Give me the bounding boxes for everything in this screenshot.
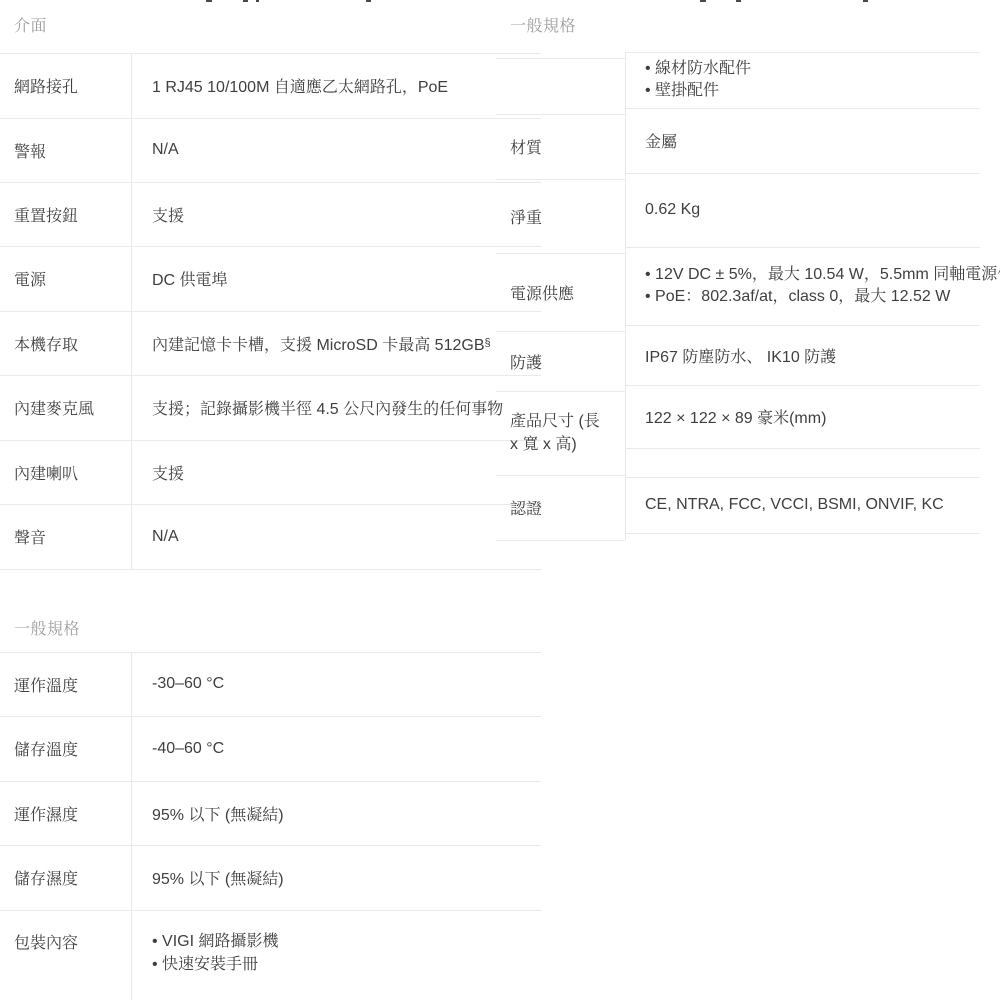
- spec-label: 產品尺寸 (長 x 寬 x 高): [496, 391, 606, 475]
- clipped-text-fragment: [700, 0, 706, 2]
- spec-label: 運作溫度: [0, 652, 131, 716]
- spec-value: 0.62 Kg: [625, 173, 1000, 247]
- spec-label: 電源: [0, 246, 131, 311]
- spec-label: 本機存取: [0, 311, 131, 375]
- spec-label: 淨重: [496, 179, 625, 253]
- spec-value: CE, NTRA, FCC, VCCI, BSMI, ONVIF, KC: [625, 477, 1000, 533]
- section-header-general-right: 一般規格: [510, 14, 576, 40]
- clipped-text-fragment: [366, 0, 371, 2]
- row-divider: [625, 448, 980, 449]
- spec-label: 認證: [496, 475, 625, 540]
- spec-value: N/A: [131, 504, 541, 569]
- footnote-marker: §: [485, 337, 491, 349]
- spec-value: 95% 以下 (無凝結): [131, 781, 541, 845]
- clipped-text-fragment: [206, 0, 212, 2]
- spec-value: 金屬: [625, 108, 1000, 173]
- bullet-list: • 12V DC ± 5%，最大 10.54 W，5.5mm 同軸電源供電 • …: [645, 264, 1000, 308]
- spec-value: • VIGI 網路攝影機 • 快速安裝手冊: [131, 910, 541, 1000]
- bullet-item: • 壁掛配件: [645, 80, 751, 102]
- bullet-item: • 12V DC ± 5%，最大 10.54 W，5.5mm 同軸電源供電: [645, 264, 1000, 286]
- bullet-item: • 快速安裝手冊: [152, 953, 279, 976]
- bullet-item: • VIGI 網路攝影機: [152, 930, 279, 953]
- spec-value: -40–60 °C: [131, 716, 541, 781]
- row-divider: [625, 533, 980, 534]
- row-divider: [496, 540, 625, 541]
- spec-value: IP67 防塵防水、 IK10 防護: [625, 325, 1000, 385]
- spec-value: N/A: [131, 118, 541, 182]
- spec-value: DC 供電埠: [131, 246, 541, 311]
- spec-label: 儲存溫度: [0, 716, 131, 781]
- spec-value: -30–60 °C: [131, 652, 541, 716]
- spec-value: 內建記憶卡卡槽，支援 MicroSD 卡最高 512GB§: [131, 311, 541, 375]
- clipped-text-fragment: [243, 0, 248, 2]
- spec-label: 內建喇叭: [0, 440, 131, 504]
- spec-label: [496, 58, 625, 114]
- spec-label: 內建麥克風: [0, 375, 131, 440]
- spec-value: 支援: [131, 182, 541, 246]
- spec-value: 支援: [131, 440, 541, 504]
- row-divider: [0, 569, 541, 570]
- bullet-list: • 線材防水配件 • 壁掛配件: [645, 58, 751, 102]
- clipped-text-fragment: [863, 0, 868, 2]
- clipped-text-fragment: [256, 0, 259, 2]
- spec-label: 包裝內容: [0, 910, 131, 1000]
- bullet-list: • VIGI 網路攝影機 • 快速安裝手冊: [152, 930, 279, 976]
- spec-value: 95% 以下 (無凝結): [131, 845, 541, 910]
- spec-label: 防護: [496, 331, 625, 391]
- spec-label: 運作濕度: [0, 781, 131, 845]
- bullet-item: • 線材防水配件: [645, 58, 751, 80]
- spec-label: 電源供應: [496, 253, 625, 331]
- spec-label: 網路接孔: [0, 53, 131, 118]
- spec-label: 警報: [0, 118, 131, 182]
- spec-label: 聲音: [0, 504, 131, 569]
- spec-label: 儲存濕度: [0, 845, 131, 910]
- spec-value: • 12V DC ± 5%，最大 10.54 W，5.5mm 同軸電源供電 • …: [625, 247, 1000, 325]
- spec-value: 122 × 122 × 89 豪米(mm): [625, 385, 1000, 448]
- bullet-item: • PoE：802.3af/at，class 0，最大 12.52 W: [645, 286, 1000, 308]
- spec-value: • 線材防水配件 • 壁掛配件: [625, 52, 1000, 108]
- clipped-text-fragment: [736, 0, 741, 2]
- spec-value: 支援；記錄攝影機半徑 4.5 公尺內發生的任何事物: [131, 375, 541, 440]
- spec-value-text: 內建記憶卡卡槽，支援 MicroSD 卡最高 512GB: [152, 332, 485, 355]
- spec-value: 1 RJ45 10/100M 自適應乙太網路孔，PoE: [131, 53, 541, 118]
- section-header-interface: 介面: [14, 14, 47, 40]
- spec-page: { "theme": { "text_color": "#3f3f3f", "h…: [0, 0, 1000, 1000]
- spec-label: 材質: [496, 114, 625, 179]
- spec-label: 重置按鈕: [0, 182, 131, 246]
- section-header-general-left: 一般規格: [14, 617, 80, 643]
